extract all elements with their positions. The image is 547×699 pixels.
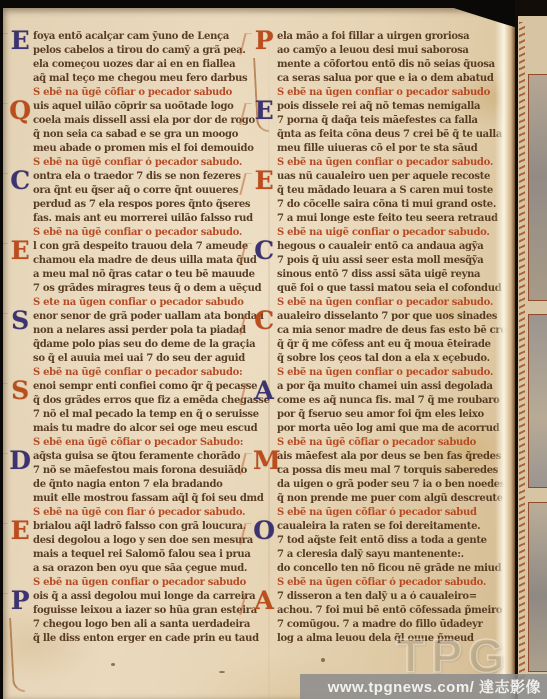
stanza-line: a sa orazon ben oyu que sãa çegue mud.	[33, 562, 261, 576]
stanza-line: pois dissele rei aq̃ nõ temas nemigalla	[277, 100, 505, 114]
stanza-line: enoi sempr enti confiei como q̃r q̃ peca…	[33, 380, 261, 394]
stanza-line: 7 tod aq̃ste feit entõ diss a toda a gen…	[277, 534, 505, 548]
text-column-left: Efoya entõ acalçar cam ỹuno de Lençapelo…	[33, 30, 261, 646]
refrain-line: S ebẽ na ūgẽ cõfiar o pecador sabudo	[33, 86, 261, 100]
stanza-line: achou. 7 foi mui bẽ entõ cõfessada p̃mei…	[277, 604, 505, 618]
ink-speck	[321, 658, 325, 662]
illuminated-initial: P	[9, 588, 31, 614]
illuminated-initial: Q	[9, 98, 31, 124]
stanza: Efoya entõ acalçar cam ỹuno de Lençapelo…	[33, 30, 261, 100]
stanza-line: q̃nta as feita cõna deus 7 crei bẽ q̃ te…	[277, 128, 505, 142]
refrain-line: S ebẽ na ūgẽ cõfiar o pecador sabudo	[277, 436, 505, 450]
stanza-line: 7 nõ se māefestou mais forona desuiãdo	[33, 464, 261, 478]
ink-speck	[219, 671, 225, 673]
stanza-line: l con grã despeito trauou dela 7 ameude	[33, 240, 261, 254]
illuminated-initial: M	[253, 448, 275, 474]
illuminated-initial: P	[253, 28, 275, 54]
stanza-line: 7 a cleresia dalỹ sayu mantenente:.	[277, 548, 505, 562]
miniature-panel	[528, 74, 547, 301]
stanza: Daq̃sta guisa se q̃tou feramente chorãdo…	[33, 450, 261, 520]
page-edge-fold	[495, 8, 515, 699]
illuminated-initial: C	[253, 238, 275, 264]
parchment-page: Efoya entõ acalçar cam ỹuno de Lençapelo…	[3, 8, 515, 699]
next-page-parchment	[518, 16, 547, 699]
stanza-line: q̃ non prende me puer com algũ descreute	[277, 492, 505, 506]
refrain-line: S ebẽ na ūgẽ confiar ó pecador sabudo.	[33, 156, 261, 170]
stanza-line: quẽ foi o que tassi matou seia el cofond…	[277, 282, 505, 296]
stanza-line: ca mia senor madre de deus fas esto bẽ c…	[277, 324, 505, 338]
stanza-line: aq̃sta guisa se q̃tou feramente chorãdo	[33, 450, 261, 464]
stanza-line: 7 chegou logo ben ali a santa uerdadeira	[33, 618, 261, 632]
ink-speck	[111, 663, 115, 666]
stanza-line: aualeiro disselanto 7 por que uos sinade…	[277, 310, 505, 324]
stanza: Chegous o caualeir entõ ca andaua agỹa7 …	[277, 240, 505, 310]
stanza-line: coela mais dissell assi ela por dor de r…	[33, 114, 261, 128]
illuminated-initial: D	[9, 448, 31, 474]
stanza: Senoi sempr enti confiei como q̃r q̃ pec…	[33, 380, 261, 450]
stanza-line: mais a tequel rei Salomõ falou sea i pru…	[33, 548, 261, 562]
refrain-line: S ebẽ na ūgen confiar o pecador sabudo.	[277, 156, 505, 170]
stanza-line: q̃ sobre los çeos tal don a ela x eçebud…	[277, 352, 505, 366]
stanza-line: ca possa dis meu mal 7 torquis saberedes	[277, 464, 505, 478]
watermark-bar: www.tpgnews.com/ 達志影像	[300, 674, 547, 699]
stanza-line: hegous o caualeir entõ ca andaua agỹa	[277, 240, 505, 254]
illuminated-initial: C	[9, 168, 31, 194]
watermark-url-text: www.tpgnews.com/ 達志影像	[328, 676, 541, 697]
stanza: Pois q̃ a assi degolou mui longe da carr…	[33, 590, 261, 646]
stanza-line: aq̃ mal teço me chegou meu fero darbus	[33, 72, 261, 86]
illuminated-initial: A	[253, 588, 275, 614]
stanza-line: fas. mais ant eu morrerei uilão falsso r…	[33, 212, 261, 226]
manuscript-photo: Efoya entõ acalçar cam ỹuno de Lençapelo…	[0, 0, 547, 699]
stanza-line: pelos cabelos a tirou do camỹ a grã pea.	[33, 44, 261, 58]
illuminated-initial: E	[9, 28, 31, 54]
stanza: Ocaualeira la raten se foi dereitamente.…	[277, 520, 505, 590]
stanza-line: 7 nõ el mal pecado la temp en q̃ o serui…	[33, 408, 261, 422]
stanza-line: caualeira la raten se foi dereitamente.	[277, 520, 505, 534]
stanza: Pela mão a foi fillar a uirgen groriosaa…	[277, 30, 505, 100]
stanza: Senor senor de grã poder uallam ata bond…	[33, 310, 261, 380]
stanza-line: come es aq̃ nunca fis. mal 7 q̃ me rouba…	[277, 394, 505, 408]
refrain-line: S ebẽ na ūgen cõfiar ó pecador sabud	[277, 506, 505, 520]
stanza: Ebrialou aq̃l ladrõ falsso con grã loucu…	[33, 520, 261, 590]
stanza-line: 7 pois q̃ uiu assi seer esta moll mesq̃ỹ…	[277, 254, 505, 268]
stanza-line: q̃ non seia ca sabad e se gra un moogo	[33, 128, 261, 142]
stanza-line: da uigen o grã poder seu 7 ia o ben noed…	[277, 478, 505, 492]
stanza-line: de q̃nto nagia enton 7 ela bradando	[33, 478, 261, 492]
illuminated-initial: S	[9, 308, 31, 334]
stanza-line: por q̃ fseruo seu amor foi q̃m eles leix…	[277, 408, 505, 422]
refrain-line: S ebẽ na ūgen confiar o pecador sabudo	[277, 86, 505, 100]
illuminated-initial: E	[253, 98, 275, 124]
stanza-line: enor senor de grã poder uallam ata bonda…	[33, 310, 261, 324]
stanza-line: do concello ten nõ ficou nẽ grãde ne miu…	[277, 562, 505, 576]
stanza-line: ois q̃ a assi degolou mui longe da carre…	[33, 590, 261, 604]
stanza: Mais māefest ala por deus se ben fas q̃r…	[277, 450, 505, 520]
stanza: Euas nũ caualeiro uen per aquele recoste…	[277, 170, 505, 240]
stanza-line: meu fille uiueras cõ el por te sta sãud	[277, 142, 505, 156]
stanza-line: q̃ lle diss enton erger en cade prin eu …	[33, 632, 261, 646]
next-page-sliver	[515, 0, 547, 699]
stanza-line: desi degolou a logo y sen doe sen mesura	[33, 534, 261, 548]
refrain-line: S ebẽ na ūgẽ confiar o pecador sabudo.	[33, 226, 261, 240]
stanza: Quis aquel uilão cõprir sa uoõtade logoc…	[33, 100, 261, 170]
stanza-line: mente a cõfortou entõ dis nõ seias q̃uos…	[277, 58, 505, 72]
refrain-line: S ebẽ ena ūgẽ cõfiar o pecador Sabudo:	[33, 436, 261, 450]
stanza-line: por morta uēo log ami que ma de acorrud	[277, 422, 505, 436]
refrain-line: S ebẽ na ūgen confiar o pecador sabudo.	[277, 366, 505, 380]
ornamental-border-strip	[519, 22, 525, 695]
stanza-line: q̃ q̃r q̃ me cõfess ant eu q̃ moua ēteir…	[277, 338, 505, 352]
stanza-line: foya entõ acalçar cam ỹuno de Lença	[33, 30, 261, 44]
illuminated-initial: E	[9, 518, 31, 544]
stanza-line: q̃ dos grãdes erros que fiz a emẽda cheg…	[33, 394, 261, 408]
stanza-line: ais māefest ala por deus se ben fas q̃re…	[277, 450, 505, 464]
illuminated-initial: O	[253, 518, 275, 544]
stanza-line: a meu mal nõ q̃ras catar o teu bẽ mauude	[33, 268, 261, 282]
illuminated-initial: E	[253, 168, 275, 194]
stanza: Caualeiro disselanto 7 por que uos sinad…	[277, 310, 505, 380]
stanza-line: q̃dame polo pias seu do deme de la graçi…	[33, 338, 261, 352]
stanza-line: ela começou uozes dar ai en en fiallea	[33, 58, 261, 72]
miniature-panel	[528, 502, 547, 672]
stanza-line: ao camỹo a leuou desi mui saborosa	[277, 44, 505, 58]
stanza-line: perdud as 7 ela respos pores q̃nto q̃ser…	[33, 198, 261, 212]
stanza-line: foguisse leixou a iazer so hũa gran este…	[33, 604, 261, 618]
refrain-line: S ete na ūgen confiar o pecador sabudo	[33, 296, 261, 310]
stanza-line: 7 porna q̃ daq̃a teis māefestes ca falla	[277, 114, 505, 128]
refrain-line: S ebẽ na ūgen confiar o pecador sabudo.	[277, 296, 505, 310]
stanza-line: brialou aq̃l ladrõ falsso con grã loucur…	[33, 520, 261, 534]
refrain-line: S ebẽ na ūgen cõfiar ó pecador sabudo.	[277, 576, 505, 590]
refrain-line: S ebẽ na ūgẽ confiar o pecador sabudo:	[33, 366, 261, 380]
stanza-line: q̃ teu mãdado leuara a S caren mui toste	[277, 184, 505, 198]
refrain-line: S ebẽ na ūgen confiar o pecador sabudo	[33, 576, 261, 590]
stanza-line: sinous entõ 7 diss assi sãta uigẽ reyna	[277, 268, 505, 282]
illuminated-initial: A	[253, 378, 275, 404]
stanza-line: 7 do cõcelle saira cõna ti mui grand ost…	[277, 198, 505, 212]
stanza-line: muit elle mostrou fassam aq̃l q̃ foi seu…	[33, 492, 261, 506]
illuminated-initial: S	[9, 378, 31, 404]
stanza-line: 7 os grãdes miragres teus q̃ o dem a uẽç…	[33, 282, 261, 296]
stanza-line: mais tu madre do alcor sei oge meu escud	[33, 422, 261, 436]
stanza: Contra ela o traedor 7 dis se non fezere…	[33, 170, 261, 240]
stanza-line: chamou ela madre de deus uilla mata q̃ud	[33, 254, 261, 268]
stanza-line: 7 disseron a ten dalỹ u a ó caualeiro=	[277, 590, 505, 604]
stanza-line: uas nũ caualeiro uen per aquele recoste	[277, 170, 505, 184]
stanza-line: 7 a mui longe este feito teu seera retra…	[277, 212, 505, 226]
illuminated-initial: C	[253, 308, 275, 334]
stanza: Epois dissele rei aq̃ nõ temas nemigalla…	[277, 100, 505, 170]
illuminated-initial: E	[9, 238, 31, 264]
stanza-line: so q̃ el auuia mei uai 7 do seu der agui…	[33, 352, 261, 366]
stanza-line: meu abade o promen mis el foi demouido	[33, 142, 261, 156]
refrain-line: S ebẽ na ūgẽ con fiar ó pecador sabudo.	[33, 506, 261, 520]
stanza: Aa por q̃a muito chamei uin assi degolad…	[277, 380, 505, 450]
text-column-right: Pela mão a foi fillar a uirgen groriosaa…	[277, 30, 505, 646]
stanza-line: ontra ela o traedor 7 dis se non fezeres	[33, 170, 261, 184]
miniature-panel	[528, 314, 547, 488]
stanza-line: ora q̃nt eu q̃ser aq̃ o corre q̃nt ouuer…	[33, 184, 261, 198]
stanza-line: non a nelares assi perder pola ta piadad	[33, 324, 261, 338]
stanza-line: ela mão a foi fillar a uirgen groriosa	[277, 30, 505, 44]
refrain-line: S ebẽ na uigẽ confiar o pecador sabudo.	[277, 226, 505, 240]
stanza: El con grã despeito trauou dela 7 ameude…	[33, 240, 261, 310]
stanza-line: uis aquel uilão cõprir sa uoõtade logo	[33, 100, 261, 114]
stanza-line: a por q̃a muito chamei uin assi degolada	[277, 380, 505, 394]
stanza-line: ca seras salua por que e ia o dem abatud	[277, 72, 505, 86]
